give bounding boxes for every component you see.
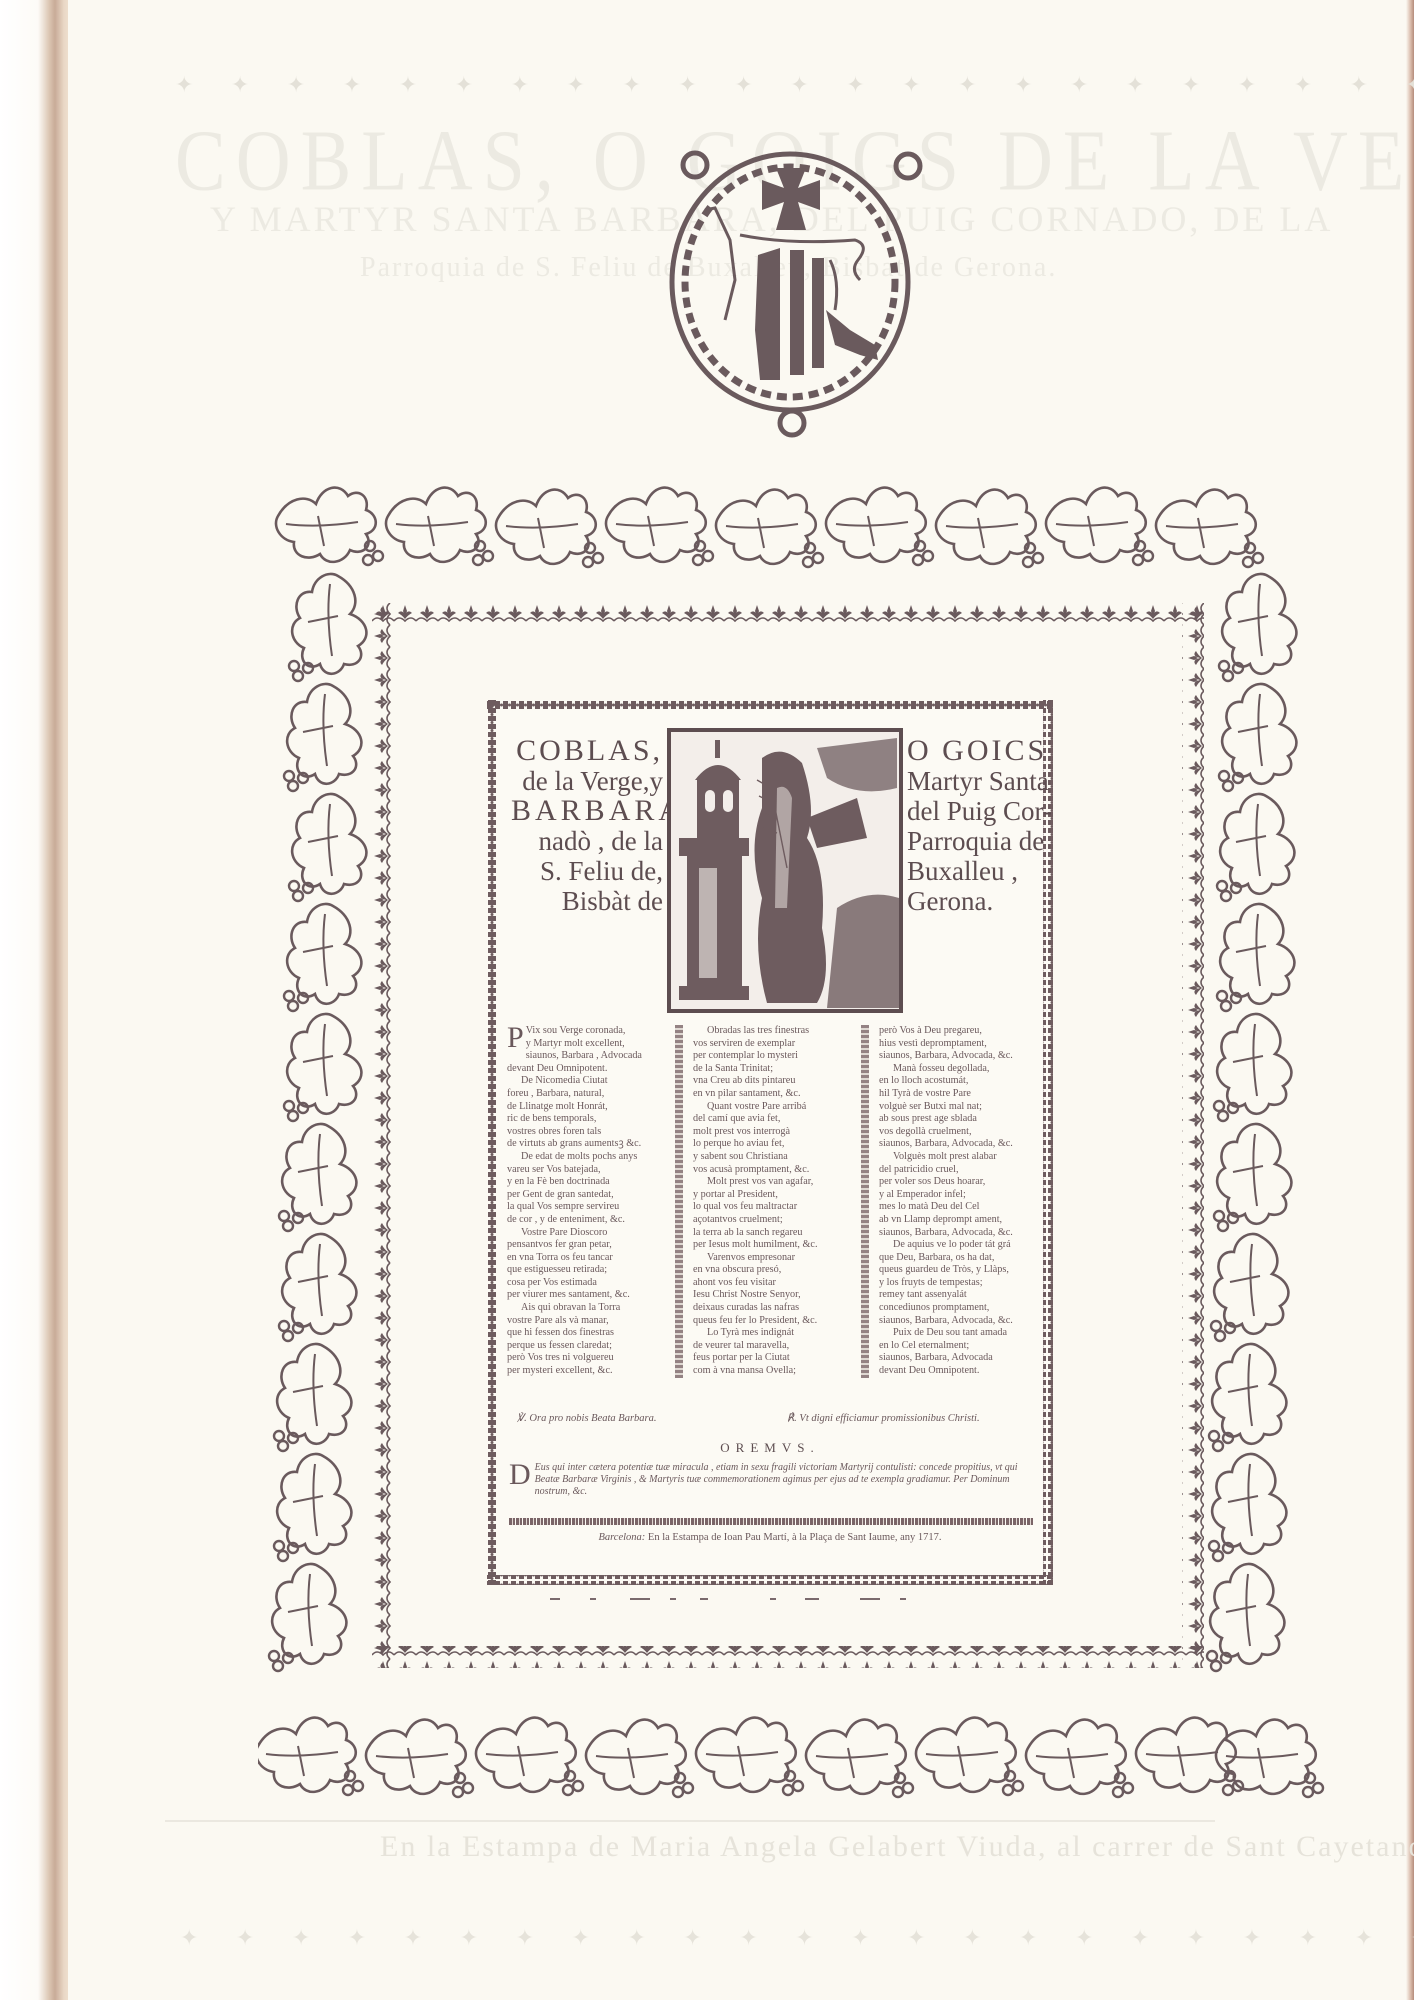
- verse-line: lo perque ho aviau fet,: [693, 1138, 851, 1151]
- verse-line: Vostre Pare Dioscoro: [507, 1227, 665, 1240]
- verse-line: siaunos, Barbara, Advocada: [879, 1352, 1037, 1365]
- verse-line: però Vos tres ni volguereu: [507, 1352, 665, 1365]
- ihs-monogram-emblem-icon: [640, 130, 940, 450]
- verse-line: siaunos, Barbara, Advocada, &c.: [879, 1138, 1037, 1151]
- verse-line: ric de bens temporals,: [507, 1113, 665, 1126]
- title-line: S. Feliu de,: [511, 856, 663, 886]
- drop-cap: P: [507, 1025, 524, 1051]
- broadside-title-right: O GOICS Martyr Santa del Puig Cor- Parro…: [907, 736, 1052, 916]
- verse-line: devant Deu Omnipotent.: [879, 1365, 1037, 1378]
- verse-line: devant Deu Omnipotent.: [507, 1063, 665, 1076]
- verse-line: Ais qui obravan la Torra: [507, 1302, 665, 1315]
- verse-line: siaunos, Barbara, Advocada, &c.: [879, 1050, 1037, 1063]
- verse-line: pensantvos fer gran petar,: [507, 1239, 665, 1252]
- verse-line: y al Emperador infel;: [879, 1189, 1037, 1202]
- verse-line: De aquius ve lo poder tát grá: [879, 1239, 1037, 1252]
- verse-line: Puix de Deu sou tant amada: [879, 1327, 1037, 1340]
- bleed-through-footer: En la Estampa de Maria Angela Gelabert V…: [380, 1830, 1414, 1864]
- verse-line: del camí que avia fet,: [693, 1113, 851, 1126]
- title-line: de la Verge,y: [511, 766, 663, 796]
- imprint-place: Barcelona:: [598, 1532, 645, 1543]
- vine-top-row: [276, 488, 1263, 567]
- verse-columns: P Vix sou Verge coronada, y Martyr molt …: [507, 1025, 1037, 1378]
- verse-line: volguè ser Butxi mal nat;: [879, 1101, 1037, 1114]
- verse-line: Varenvos empresonar: [693, 1252, 851, 1265]
- bleed-through-ornament-top: ✦ ✦ ✦ ✦ ✦ ✦ ✦ ✦ ✦ ✦ ✦ ✦ ✦ ✦ ✦ ✦ ✦ ✦ ✦ ✦ …: [175, 72, 1414, 98]
- verse-line: de la Santa Trinitat;: [693, 1063, 851, 1076]
- verse-line: y portar al President,: [693, 1189, 851, 1202]
- verse-line: perque us fessen claredat;: [507, 1340, 665, 1353]
- verse-line: ahont vos feu visitar: [693, 1277, 851, 1290]
- verse-line: per mysteri excellent, &c.: [507, 1365, 665, 1378]
- verse-line: vostres obres foren tals: [507, 1126, 665, 1139]
- goigs-broadside: COBLAS, de la Verge,y BARBARA, nadò , de…: [487, 700, 1053, 1585]
- oremus-heading: OREMVS.: [487, 1440, 1053, 1456]
- verse-line: lo qual vos feu maltractar: [693, 1201, 851, 1214]
- verse-line: Vix sou Verge coronada,: [507, 1025, 665, 1038]
- verse-line: que estiguesseu retirada;: [507, 1264, 665, 1277]
- verse-line: hil Tyrà de vostre Pare: [879, 1088, 1037, 1101]
- verse-line: De edat de molts pochs anys: [507, 1151, 665, 1164]
- verse-line: vos serviren de exemplar: [693, 1038, 851, 1051]
- verse-line: en vna obscura presó,: [693, 1264, 851, 1277]
- bleed-through-ornament-bottom: ✦ ✦ ✦ ✦ ✦ ✦ ✦ ✦ ✦ ✦ ✦ ✦ ✦ ✦ ✦ ✦ ✦ ✦ ✦ ✦ …: [180, 1925, 1414, 1951]
- verse-line: Volguès molt prest alabar: [879, 1151, 1037, 1164]
- verse-line: remey tant assenyalát: [879, 1289, 1037, 1302]
- verse-line: vos acusà promptament, &c.: [693, 1164, 851, 1177]
- response: ℟. Vt digni efficiamur promissionibus Ch…: [787, 1412, 980, 1424]
- drop-cap: D: [509, 1462, 531, 1488]
- verse-line: en lo Cel eternalment;: [879, 1340, 1037, 1353]
- column-rule-ornament: [675, 1025, 683, 1378]
- printer-imprint: Barcelona: En la Estampa de Ioan Pau Mar…: [487, 1532, 1053, 1543]
- verse-line: del patricidio cruel,: [879, 1164, 1037, 1177]
- column-rule-ornament: [861, 1025, 869, 1378]
- broadside-title-left: COBLAS, de la Verge,y BARBARA, nadò , de…: [511, 736, 663, 916]
- verse-line: siaunos, Barbara, Advocada, &c.: [879, 1315, 1037, 1328]
- title-o-goics: O GOICS: [907, 736, 1052, 766]
- title-line: nadò , de la: [511, 826, 663, 856]
- verse-line: Quant vostre Pare arribá: [693, 1101, 851, 1114]
- bleed-through-rule: [165, 1820, 1215, 1822]
- verse-line: la terra ab la sanch regareu: [693, 1227, 851, 1240]
- verse-line: en vn pilar santament, &c.: [693, 1088, 851, 1101]
- verse-line: açotantvos cruelment;: [693, 1214, 851, 1227]
- title-line: Martyr Santa: [907, 766, 1052, 796]
- verse-line: siaunos, Barbara, Advocada, &c.: [879, 1227, 1037, 1240]
- verse-column-2: Obradas las tres finestras vos serviren …: [693, 1025, 851, 1378]
- verse-line: queus guardeu de Tròs, y Llàps,: [879, 1264, 1037, 1277]
- book-gutter-shadow: [0, 0, 68, 2000]
- vine-bottom-row: [258, 1718, 1323, 1797]
- verse-line: per Iesus molt humilment, &c.: [693, 1239, 851, 1252]
- verse-line: feus portar per la Ciutat: [693, 1352, 851, 1365]
- collect-prayer: D Eus qui inter cætera potentiæ tuæ mira…: [509, 1462, 1034, 1498]
- imprint-text: En la Estampa de Ioan Pau Martí, à la Pl…: [648, 1532, 942, 1543]
- verse-line: Molt prest vos van agafar,: [693, 1176, 851, 1189]
- title-barbara: BARBARA,: [511, 796, 663, 826]
- verse-line: y los fruyts de tempestas;: [879, 1277, 1037, 1290]
- verse-line: Manà fosseu degollada,: [879, 1063, 1037, 1076]
- verse-line: per contemplar lo mysteri: [693, 1050, 851, 1063]
- prayer-text: Eus qui inter cætera potentiæ tuæ miracu…: [535, 1462, 1018, 1497]
- verse-line: Obradas las tres finestras: [693, 1025, 851, 1038]
- verse-line: y sabent sou Christiana: [693, 1151, 851, 1164]
- verse-line: Iesu Christ Nostre Senyor,: [693, 1289, 851, 1302]
- verse-line: ab sous prest age sblada: [879, 1113, 1037, 1126]
- verse-line: que hi fessen dos finestras: [507, 1327, 665, 1340]
- verse-line: y Martyr molt excellent,: [507, 1038, 665, 1051]
- verse-line: vareu ser Vos batejada,: [507, 1164, 665, 1177]
- verse-line: que Deu, Barbara, os ha dat,: [879, 1252, 1037, 1265]
- verse-line: vna Creu ab dits pintareu: [693, 1075, 851, 1088]
- verse-line: y en la Fè ben doctrinada: [507, 1176, 665, 1189]
- title-line: Buxalleu ,: [907, 856, 1052, 886]
- verse-line: per voler sos Deus hoarar,: [879, 1176, 1037, 1189]
- ornamental-rule: [509, 1518, 1034, 1525]
- verse-line: vos degollà cruelment,: [879, 1126, 1037, 1139]
- verse-line: mes lo matà Deu del Cel: [879, 1201, 1037, 1214]
- verse-line: ab vn Llamp deprompt ament,: [879, 1214, 1037, 1227]
- versicle: ℣. Ora pro nobis Beata Barbara.: [517, 1412, 657, 1424]
- verse-line: queus feu fer lo President, &c.: [693, 1315, 851, 1328]
- verse-line: hius vestì depromptament,: [879, 1038, 1037, 1051]
- verse-line: la qual Vos sempre servireu: [507, 1201, 665, 1214]
- vine-right-column: [1207, 574, 1296, 1671]
- title-line: Gerona.: [907, 886, 1052, 916]
- verse-line: cosa per Vos estimada: [507, 1277, 665, 1290]
- verse-line: de Llinatge molt Honrát,: [507, 1101, 665, 1114]
- verse-line: siaunos, Barbara , Advocada: [507, 1050, 665, 1063]
- verse-line: com à vna mansa Ovella;: [693, 1365, 851, 1378]
- verse-line: deixaus curadas las nafras: [693, 1302, 851, 1315]
- title-line: Bisbàt de: [511, 886, 663, 916]
- verse-line: de virtuts ab grans aumentsꝫ &c.: [507, 1138, 665, 1151]
- verse-line: concediunos promptament,: [879, 1302, 1037, 1315]
- verse-line: en vna Torra os feu tancar: [507, 1252, 665, 1265]
- verse-line: per viurer mes santament, &c.: [507, 1289, 665, 1302]
- verse-line: en lo lloch acostumát,: [879, 1075, 1037, 1088]
- verse-line: foreu , Barbara, natural,: [507, 1088, 665, 1101]
- verse-line: vostre Pare als và manar,: [507, 1315, 665, 1328]
- verse-line: però Vos à Deu pregareu,: [879, 1025, 1037, 1038]
- title-line: del Puig Cor-: [907, 796, 1052, 826]
- title-coblas: COBLAS,: [511, 736, 663, 766]
- verse-line: molt prest vos interrogà: [693, 1126, 851, 1139]
- vine-left-column: [269, 574, 366, 1671]
- verse-column-1: P Vix sou Verge coronada, y Martyr molt …: [507, 1025, 665, 1378]
- page-edge: [1406, 0, 1414, 2000]
- verse-line: De Nicomedia Ciutat: [507, 1075, 665, 1088]
- saint-barbara-woodcut-image: [667, 728, 903, 1013]
- verse-line: de veurer tal maravella,: [693, 1340, 851, 1353]
- title-line: Parroquia de: [907, 826, 1052, 856]
- verse-line: per Gent de gran santedat,: [507, 1189, 665, 1202]
- verse-line: de cor , y de enteniment, &c.: [507, 1214, 665, 1227]
- verse-line: Lo Tyrà mes indignát: [693, 1327, 851, 1340]
- verse-column-3: però Vos à Deu pregareu, hius vestì depr…: [879, 1025, 1037, 1378]
- faint-print-marks: [530, 1595, 1030, 1603]
